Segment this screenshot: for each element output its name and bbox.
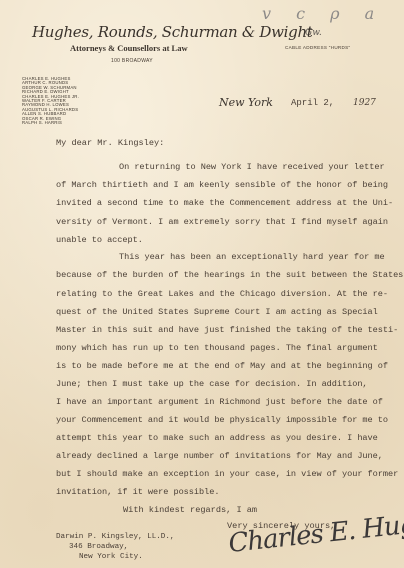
body-line: of March thirtieth and I am keenly sensi… — [56, 180, 388, 190]
body-line: but I should make an exception in your c… — [56, 469, 398, 479]
body-line: invitation, if it were possible. — [56, 487, 219, 497]
recipient-address: Darwin P. Kingsley, LL.D., 346 Broadway,… — [56, 532, 174, 562]
body-line: relating to the Great Lakes and the Chic… — [56, 289, 388, 299]
body-line: already declined a large number of invit… — [56, 451, 383, 461]
body-line: unable to accept. — [56, 235, 143, 245]
body-line: your Commencement and it would be physic… — [56, 415, 388, 425]
cable-address: CABLE ADDRESS "HURDS" — [285, 45, 350, 50]
body-line: Master in this suit and have just finish… — [56, 325, 398, 335]
body-line: is to be made before me at the end of Ma… — [56, 361, 388, 371]
dateline-place: New York — [219, 96, 273, 109]
firm-name: Hughes, Rounds, Schurman & Dwight — [32, 23, 313, 41]
dateline-date: April 2, — [291, 98, 334, 108]
partner-list: CHARLES E. HUGHES ARTHUR C. ROUNDS GEORG… — [22, 77, 79, 125]
recipient-street: 346 Broadway, — [56, 542, 174, 552]
body-line: because of the burden of the hearings in… — [56, 270, 403, 280]
body-line: versity of Vermont. I am extremely sorry… — [56, 217, 388, 227]
body-line: invited a second time to make the Commen… — [56, 198, 393, 208]
dateline-year: 1927 — [353, 98, 376, 108]
body-line: This year has been an exceptionally hard… — [119, 252, 385, 262]
recipient-city: New York City. — [56, 552, 174, 562]
body-line: quest of the United States Supreme Court… — [56, 307, 378, 317]
closing-regards: With kindest regards, I am — [123, 505, 257, 515]
body-line: mony which has run up to ten thousand pa… — [56, 343, 378, 353]
firm-address: 100 BROADWAY — [111, 58, 153, 64]
body-line: June; then I must take up the case for d… — [56, 379, 368, 389]
recipient-name: Darwin P. Kingsley, LL.D., — [56, 532, 174, 542]
body-line: attempt this year to make such an addres… — [56, 433, 378, 443]
salutation: My dear Mr. Kingsley: — [56, 138, 164, 148]
firm-subtitle: Attorneys & Counsellors at Law — [70, 43, 188, 53]
body-line: I have an important argument in Richmond… — [56, 397, 383, 407]
pencil-annotation: v c ρ a — [262, 4, 384, 23]
partner-name: RALPH S. HARRIS — [22, 121, 79, 125]
body-line: On returning to New York I have received… — [119, 162, 385, 172]
